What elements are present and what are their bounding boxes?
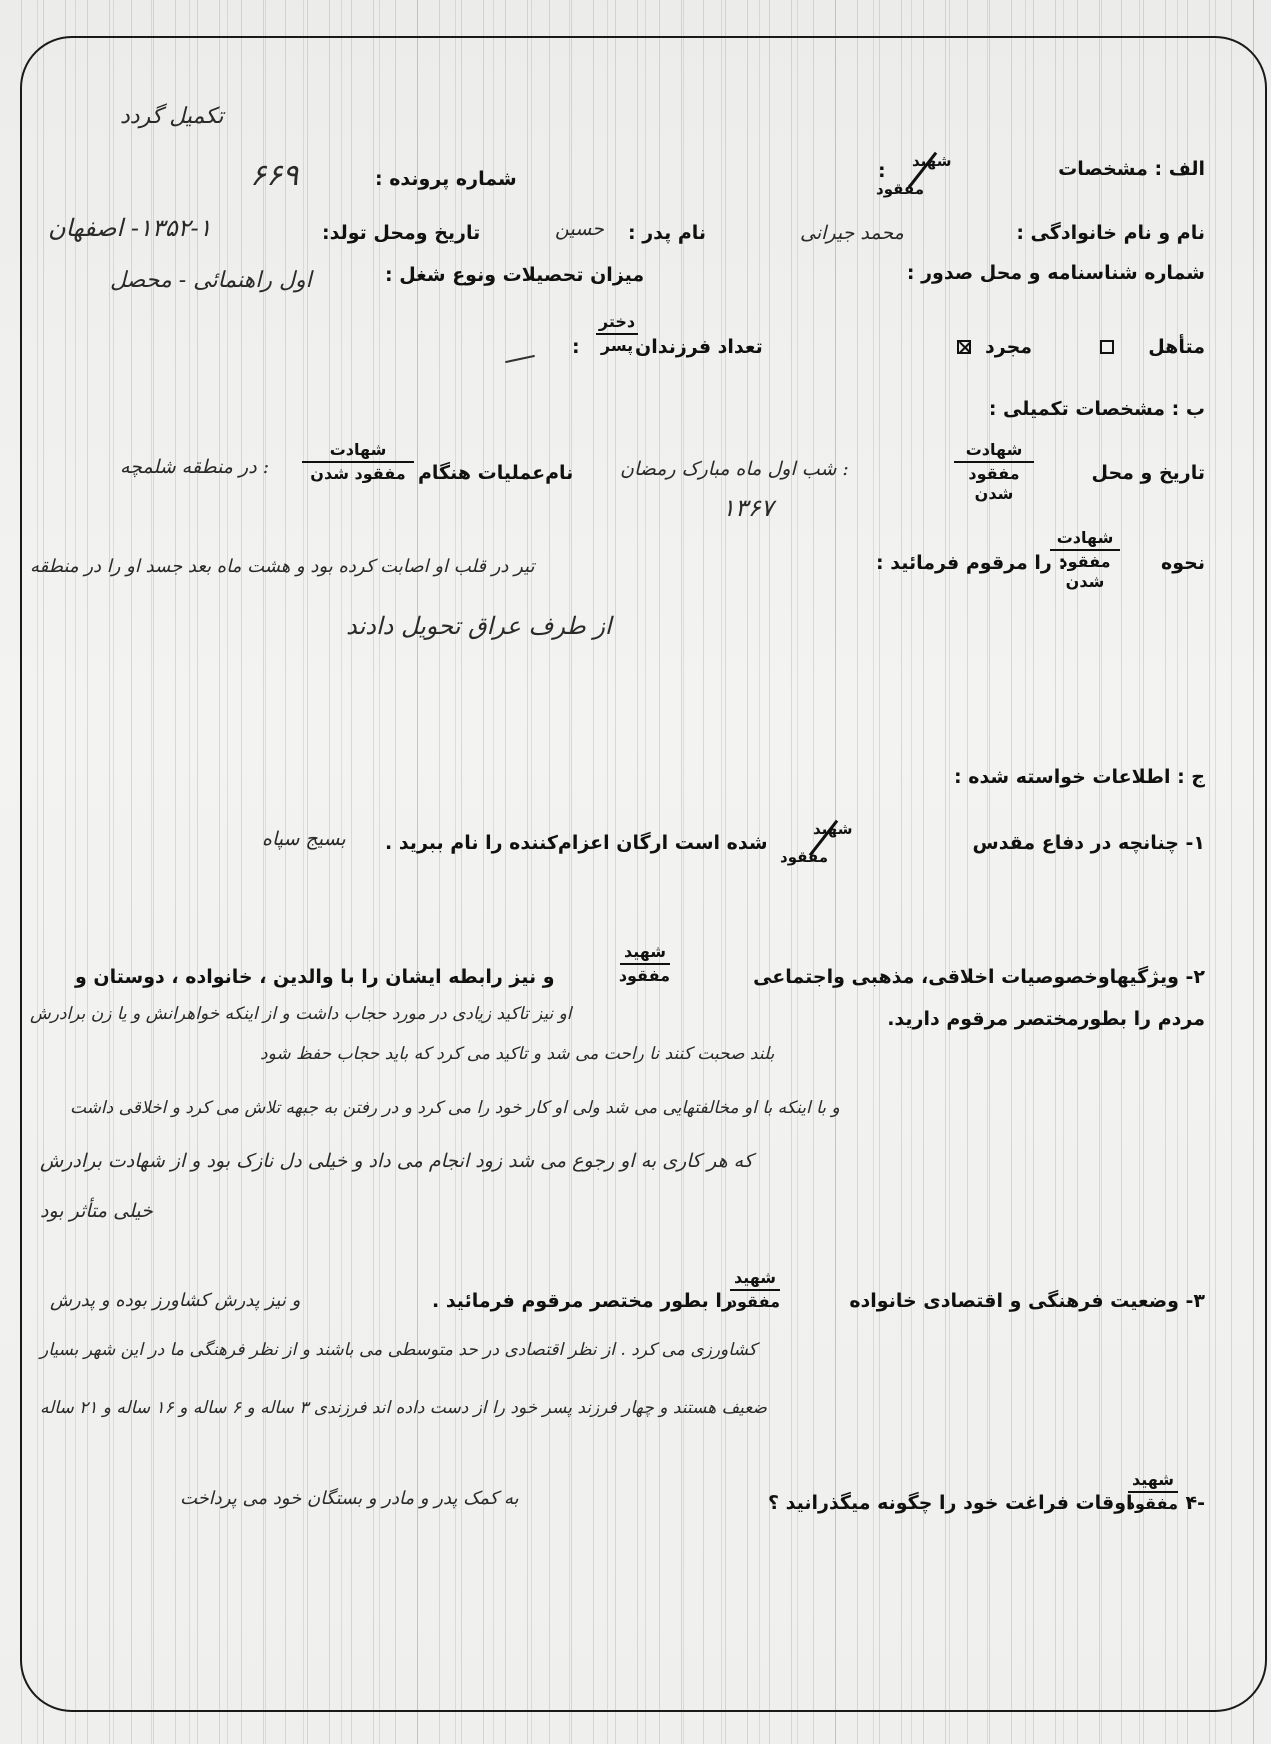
children-colon: : [572,336,580,358]
q2-answer-line3[interactable]: و با اینکه با او مخالفتهایی می شد ولی او… [70,1098,840,1118]
education-value[interactable]: اول راهنمائی - محصل [110,268,312,293]
manner-value-line1[interactable]: تیر در قلب او اصابت کرده بود و هشت ماه ب… [30,556,535,577]
children-fraction: دختر پسر [596,312,638,356]
date-place-year[interactable]: ۱۳۶۷ [722,494,774,522]
q2-answer-line5[interactable]: خیلی متأثر بود [40,1200,153,1222]
q4-prefix: ۴- [1186,1492,1205,1514]
q2-answer-line1[interactable]: او نیز تاکید زیادی در مورد حجاب داشت و ا… [30,1004,572,1024]
children-label: تعداد فرزندان [635,336,763,358]
fraction-top: شهادت [302,440,414,460]
education-label: میزان تحصیلات ونوع شغل : [385,264,644,286]
date-place-fraction: شهادت مفقود شدن [954,440,1034,504]
fraction-top: شهید [1128,1470,1178,1490]
operation-value[interactable]: : در منطقه شلمچه [120,456,269,478]
fraction-bar [1050,549,1120,551]
fraction-bottom: مفقود [1128,1494,1178,1514]
q3-suffix: را بطور مختصر مرقوم فرمائید . [432,1290,733,1312]
date-place-value[interactable]: : شب اول ماه مبارک رمضان [620,458,849,480]
id-number-label: شماره شناسنامه و محل صدور : [907,262,1205,284]
fraction-top: شهید [730,1268,780,1288]
q4-fraction: شهید مفقود [1128,1470,1178,1514]
fraction-bottom: مفقود [620,966,670,986]
children-sons: پسر [596,336,638,356]
q3-answer-line2[interactable]: کشاورزی می کرد . از نظر اقتصادی در حد مت… [40,1340,757,1360]
q1-missing: مفقود [780,848,828,866]
father-name-value[interactable]: حسین [555,218,604,240]
single-label: مجرد [985,336,1032,358]
fraction-bottom: مفقود شدن [954,464,1034,504]
section-b-heading: ب : مشخصات تکمیلی : [989,398,1205,420]
file-number-label: شماره پرونده : [375,168,517,190]
fraction-bar [302,461,414,463]
q4-suffix: اوقات فراغت خود را چگونه میگذرانید ؟ [768,1492,1133,1514]
married-checkbox[interactable] [1100,340,1114,354]
q1-prefix: ۱- چنانچه در دفاع مقدس [972,832,1205,854]
fraction-bar [954,461,1034,463]
q3-answer-line1[interactable]: و نیز پدرش کشاورز بوده و پدرش [50,1290,300,1311]
manner-label: نحوه [1161,552,1205,574]
q3-answer-line3[interactable]: ضعیف هستند و چهار فرزند پسر خود را از دس… [40,1398,767,1418]
q2-fraction: شهید مفقود [620,942,670,986]
section-c-heading: ج : اطلاعات خواسته شده : [954,766,1205,788]
name-label: نام و نام خانوادگی : [1016,222,1205,244]
fraction-bottom: مفقود [730,1292,780,1312]
file-number-value: ۶۶۹ [250,158,298,193]
manner-suffix: : را مرقوم فرمائید : [876,552,1066,574]
status-missing: مفقود [876,180,924,198]
fraction-top: شهید [620,942,670,962]
operation-label: نام‌عملیات هنگام [418,462,573,484]
fraction-bar [1128,1491,1178,1493]
section-a-heading: الف : مشخصات [1058,158,1205,180]
birth-label: تاریخ ومحل تولد: [322,222,480,244]
fraction-bar [596,333,638,335]
father-name-label: نام پدر : [628,222,706,244]
birth-value[interactable]: ۱۳۵۲-۱- اصفهان [48,214,212,242]
fraction-top: شهادت [1050,528,1120,548]
manner-value-line2[interactable]: از طرف عراق تحویل دادند [346,612,612,640]
status-colon: : [878,160,886,182]
q3-prefix: ۳- وضعیت فرهنگی و اقتصادی خانواده [849,1290,1205,1312]
married-label: متأهل [1148,336,1205,358]
fraction-top: شهادت [954,440,1034,460]
fraction-bar [620,963,670,965]
q2-answer-line2[interactable]: بلند صحبت کنند نا راحت می شد و تاکید می … [260,1044,774,1064]
q3-fraction: شهید مفقود [730,1268,780,1312]
q4-answer[interactable]: به کمک پدر و مادر و بستگان خود می پرداخت [180,1488,519,1509]
corner-note: تکمیل گردد [120,104,224,129]
q2-answer-line4[interactable]: که هر کاری به او رجوع می شد زود انجام می… [40,1150,753,1172]
operation-fraction: شهادت مفقود شدن [302,440,414,484]
single-checkbox[interactable] [957,340,971,354]
q1-suffix: شده است ارگان اعزام‌کننده را نام ببرید . [385,832,768,854]
q2-line2: مردم را بطورمختصر مرقوم دارید. [887,1008,1205,1030]
fraction-bottom: مفقود شدن [302,464,414,484]
q1-answer[interactable]: بسیج سپاه [262,828,346,850]
date-place-label: تاریخ و محل [1092,462,1206,484]
q2-prefix: ۲- ویژگیهاوخصوصیات اخلاقی، مذهبی واجتماع… [753,966,1205,988]
children-daughters: دختر [596,312,638,332]
q2-suffix: و نیز رابطه ایشان را با والدین ، خانواده… [75,966,555,988]
name-value[interactable]: محمد جیرانی [800,222,904,244]
fraction-bar [730,1289,780,1291]
